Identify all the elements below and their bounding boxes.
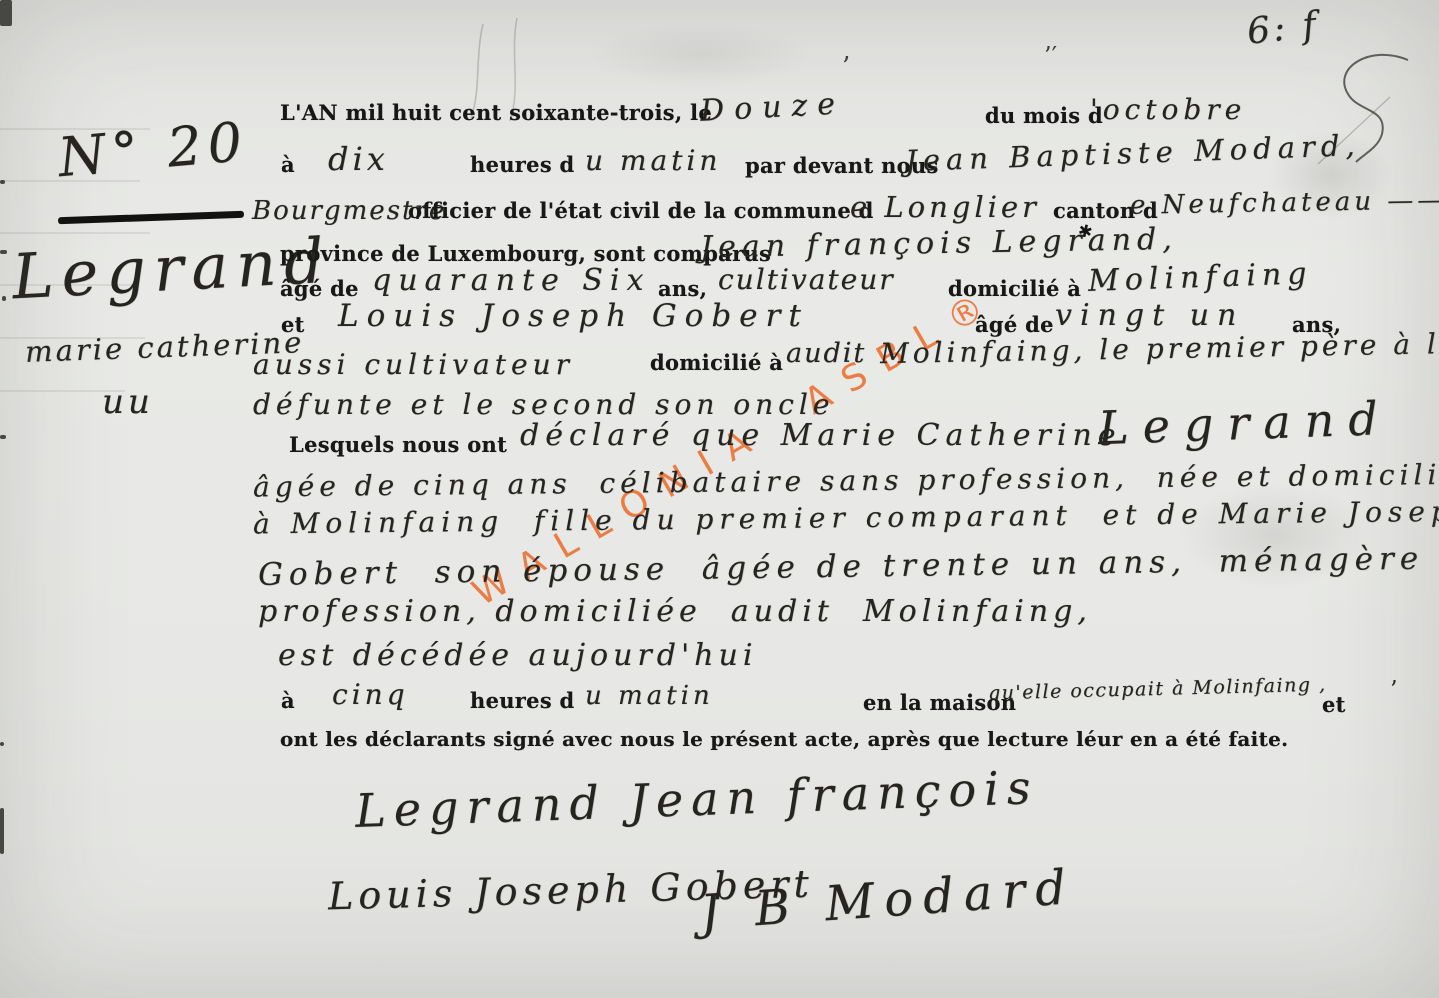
printed-form-text: Lesquels nous ont bbox=[289, 432, 507, 457]
edge-artifact bbox=[2, 296, 6, 301]
printed-form-text: ont les déclarants signé avec nous le pr… bbox=[280, 727, 1288, 751]
handwritten-entry: est décédée aujourd'hui bbox=[278, 638, 757, 673]
handwritten-entry: e Neufchateau —— bbox=[1130, 185, 1439, 221]
ink-tick: ’′ bbox=[1044, 42, 1057, 70]
signature-legrand: Legrand Jean françois bbox=[354, 760, 1039, 838]
printed-form-text: officier de l'état civil de la commune d bbox=[408, 198, 874, 223]
edge-artifact bbox=[0, 0, 12, 26]
printed-form-text: du mois d bbox=[985, 103, 1103, 128]
edge-artifact bbox=[0, 180, 5, 184]
handwritten-entry: dix bbox=[328, 140, 389, 178]
handwritten-entry: Douze bbox=[699, 86, 846, 129]
margin-flourish: uu bbox=[102, 382, 154, 422]
scanned-document-page: WALLONIA ASBL® 6: f ’ ’′ ✱ ’ N° 20 Legra… bbox=[0, 0, 1439, 998]
printed-form-text: domicilié à bbox=[650, 350, 783, 375]
handwritten-entry: qu'elle occupait à Molinfaing , bbox=[988, 674, 1327, 705]
handwritten-entry: Gobert son épouse âgée de trente un ans,… bbox=[258, 539, 1439, 593]
ink-tick: ’ bbox=[842, 52, 850, 82]
handwritten-entry: vingt un bbox=[1055, 298, 1244, 333]
printed-form-text: L'AN mil huit cent soixante-trois, le bbox=[280, 100, 712, 125]
handwritten-entry: cultivateur bbox=[718, 263, 895, 296]
handwritten-entry: quarante Six bbox=[372, 263, 650, 298]
margin-act-number: N° 20 bbox=[56, 110, 251, 189]
printed-form-text: et bbox=[281, 312, 305, 337]
bleed-smudge bbox=[540, 10, 860, 100]
handwritten-entry: u matin bbox=[585, 681, 714, 711]
margin-rule bbox=[58, 211, 244, 224]
edge-artifact bbox=[0, 742, 4, 746]
printed-form-text: et bbox=[1322, 692, 1346, 717]
handwritten-entry: cinq bbox=[332, 678, 409, 711]
printed-form-text: à bbox=[281, 152, 295, 177]
edge-artifact bbox=[0, 808, 4, 854]
handwritten-entry: e Longlier bbox=[850, 190, 1040, 224]
handwritten-entry: déclaré que Marie Catherine bbox=[520, 418, 1122, 453]
printed-form-text: heures d bbox=[470, 688, 575, 713]
handwritten-entry: 'octobre bbox=[1090, 93, 1246, 126]
printed-form-text: heures d bbox=[470, 152, 575, 177]
handwritten-entry: Legrand bbox=[1097, 391, 1392, 455]
handwritten-entry: profession, domiciliée audit Molinfaing, bbox=[258, 594, 1092, 629]
edge-artifact bbox=[0, 250, 7, 254]
handwritten-entry: défunte et le second son oncle bbox=[253, 388, 834, 421]
handwritten-entry: Louis Joseph Gobert bbox=[338, 298, 809, 334]
handwritten-entry: Jean françois Legrand, bbox=[700, 222, 1178, 265]
handwritten-entry: aussi cultivateur bbox=[253, 348, 574, 381]
ink-tick: ’ bbox=[1390, 676, 1398, 704]
handwritten-entry: audit bbox=[786, 338, 866, 369]
handwritten-entry: Molinfaing bbox=[1087, 256, 1312, 299]
printed-form-text: à bbox=[281, 688, 295, 713]
handwritten-entry: u matin bbox=[585, 144, 721, 177]
edge-artifact bbox=[0, 435, 6, 439]
